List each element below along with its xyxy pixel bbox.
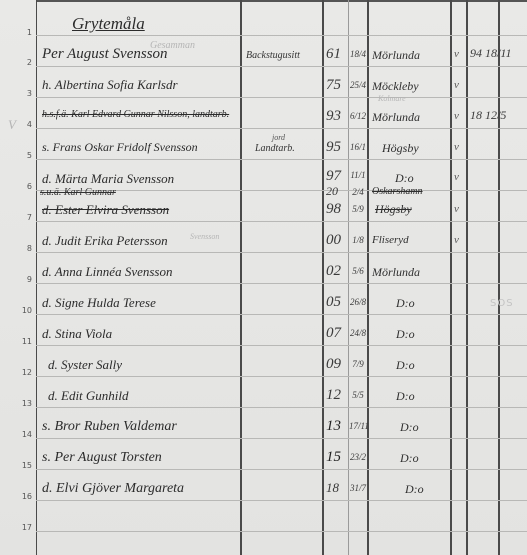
row-rule bbox=[36, 376, 527, 377]
row-rule bbox=[36, 314, 527, 315]
name-column-divider bbox=[240, 0, 242, 555]
row-rule bbox=[36, 345, 527, 346]
extra-note: 94 18/11 bbox=[470, 46, 511, 61]
birth-year: 95 bbox=[326, 139, 348, 156]
person-name: d. Judit Erika Petersson bbox=[42, 233, 168, 249]
check-mark: v bbox=[454, 110, 459, 122]
birth-year: 00 bbox=[326, 232, 348, 249]
person-name: d. Ester Elvira Svensson bbox=[42, 202, 169, 218]
row-number: 13 bbox=[14, 399, 32, 408]
pencil-annotation: Svensson bbox=[190, 232, 219, 241]
birth-place: D:o bbox=[396, 358, 415, 373]
check-mark: v bbox=[454, 234, 459, 246]
person-name: d. Signe Hulda Terese bbox=[42, 295, 156, 311]
person-name: d. Edit Gunhild bbox=[48, 388, 129, 404]
birth-place: Högsby bbox=[375, 202, 412, 217]
birth-date: 6/12 bbox=[349, 111, 367, 121]
row-number: 3 bbox=[14, 89, 32, 98]
birth-year: 07 bbox=[326, 325, 348, 342]
birth-place: D:o bbox=[400, 420, 419, 435]
birth-place: Oskarshamn bbox=[372, 186, 423, 197]
birth-year: 09 bbox=[326, 356, 348, 373]
birth-date: 5/9 bbox=[349, 204, 367, 214]
check-column-divider bbox=[466, 0, 468, 555]
row-number: 7 bbox=[14, 213, 32, 222]
date-column-divider bbox=[367, 0, 369, 555]
birth-place: Högsby bbox=[382, 141, 419, 156]
row-rule bbox=[36, 128, 527, 129]
row-number: 5 bbox=[14, 151, 32, 160]
check-mark: v bbox=[454, 141, 459, 153]
occupation-column-divider bbox=[322, 0, 324, 555]
row-rule bbox=[36, 221, 527, 222]
birth-place: Mörlunda bbox=[372, 265, 420, 280]
birth-place: Mörlunda bbox=[372, 48, 420, 63]
birth-date: 26/8 bbox=[349, 297, 367, 307]
row-number: 14 bbox=[14, 430, 32, 439]
row-number: 2 bbox=[14, 58, 32, 67]
occupation-prefix: jord bbox=[272, 133, 285, 142]
person-name: d. Elvi Gjöver Margareta bbox=[42, 481, 184, 497]
birth-year: 02 bbox=[326, 263, 348, 280]
birth-date: 25/4 bbox=[349, 80, 367, 90]
row-rule bbox=[36, 438, 527, 439]
birth-place: Mörlunda bbox=[372, 110, 420, 125]
row-number: 8 bbox=[14, 244, 32, 253]
birth-year: 98 bbox=[326, 201, 348, 218]
birth-date: 17/11 bbox=[349, 421, 367, 431]
person-name: d. Syster Sally bbox=[48, 357, 122, 373]
extra-column-divider bbox=[498, 0, 500, 555]
row-number: 16 bbox=[14, 492, 32, 501]
row-number: 1 bbox=[14, 28, 32, 37]
birth-place: D:o bbox=[396, 389, 415, 404]
person-name-inserted: s.u.ä. Karl Gunnar bbox=[40, 187, 116, 198]
row-rule bbox=[36, 159, 527, 160]
occupation: Landtarb. bbox=[255, 143, 295, 154]
birth-place: D:o bbox=[400, 451, 419, 466]
left-margin-line bbox=[36, 0, 37, 555]
birth-year: 20 bbox=[326, 184, 348, 199]
birth-year: 15 bbox=[326, 449, 348, 466]
birth-year: 97 bbox=[326, 168, 348, 185]
row-rule bbox=[36, 283, 527, 284]
row-number: 6 bbox=[14, 182, 32, 191]
person-name: s. Bror Ruben Valdemar bbox=[42, 419, 177, 435]
birth-date: 31/7 bbox=[349, 483, 367, 493]
birth-date: 11/1 bbox=[349, 170, 367, 180]
row-rule bbox=[36, 35, 527, 36]
row-number: 9 bbox=[14, 275, 32, 284]
birth-place: Fliseryd bbox=[372, 234, 409, 246]
person-name: h. Albertina Sofia Karlsdr bbox=[42, 77, 178, 93]
margin-mark: V bbox=[8, 117, 16, 133]
row-rule bbox=[36, 66, 527, 67]
check-mark: v bbox=[454, 171, 459, 183]
row-rule bbox=[36, 252, 527, 253]
person-name: Per August Svensson bbox=[42, 46, 168, 63]
birth-year: 13 bbox=[326, 418, 348, 435]
row-rule bbox=[36, 469, 527, 470]
birth-place: D:o bbox=[396, 296, 415, 311]
birth-place: D:o bbox=[396, 327, 415, 342]
row-number: 10 bbox=[14, 306, 32, 315]
row-rule bbox=[36, 500, 527, 501]
birth-place: Möckleby bbox=[372, 79, 419, 94]
extra-note: 18 12/5 bbox=[470, 108, 506, 123]
ink-smudge: SOS bbox=[490, 298, 514, 309]
birth-date: 24/8 bbox=[349, 328, 367, 338]
row-number: 15 bbox=[14, 461, 32, 470]
household-title: Grytemåla bbox=[72, 14, 145, 34]
row-number: 17 bbox=[14, 523, 32, 532]
birth-date: 5/6 bbox=[349, 266, 367, 276]
birth-date: 2/4 bbox=[349, 187, 367, 197]
row-rule bbox=[36, 97, 527, 98]
row-number: 11 bbox=[14, 337, 32, 346]
row-rule bbox=[36, 407, 527, 408]
birth-year: 61 bbox=[326, 46, 348, 63]
person-name: s. Per August Torsten bbox=[42, 450, 162, 466]
row-rule bbox=[36, 531, 527, 532]
person-name: d. Märta Maria Svensson bbox=[42, 171, 174, 187]
birth-place: D:o bbox=[405, 482, 424, 497]
pencil-annotation: Kolmare bbox=[378, 94, 406, 103]
occupation: Backstugusitt bbox=[246, 50, 300, 61]
birth-date: 1/8 bbox=[349, 235, 367, 245]
top-border bbox=[36, 0, 527, 2]
person-name: h.s.f.ä. Karl Edvard Gunnar Nilsson, lan… bbox=[42, 109, 229, 120]
birth-date: 23/2 bbox=[349, 452, 367, 462]
birth-year: 05 bbox=[326, 294, 348, 311]
row-number: 4 bbox=[14, 120, 32, 129]
birth-date: 18/4 bbox=[349, 49, 367, 59]
place-column-divider bbox=[450, 0, 452, 555]
person-name: d. Anna Linnéa Svensson bbox=[42, 264, 172, 280]
check-mark: v bbox=[454, 203, 459, 215]
birth-year: 18 bbox=[326, 480, 348, 496]
birth-year: 75 bbox=[326, 77, 348, 94]
birth-date: 16/1 bbox=[349, 142, 367, 152]
register-page: 1 2 3 4 5 6 7 8 9 10 11 12 13 14 15 16 1… bbox=[0, 0, 527, 555]
birth-date: 5/5 bbox=[349, 390, 367, 400]
person-name: d. Stina Viola bbox=[42, 326, 112, 342]
birth-year: 93 bbox=[326, 108, 348, 125]
person-name: s. Frans Oskar Fridolf Svensson bbox=[42, 140, 198, 155]
birth-year: 12 bbox=[326, 387, 348, 404]
row-number: 12 bbox=[14, 368, 32, 377]
birth-place: D:o bbox=[395, 171, 414, 186]
birth-date: 7/9 bbox=[349, 359, 367, 369]
check-mark: v bbox=[454, 48, 459, 60]
check-mark: v bbox=[454, 79, 459, 91]
